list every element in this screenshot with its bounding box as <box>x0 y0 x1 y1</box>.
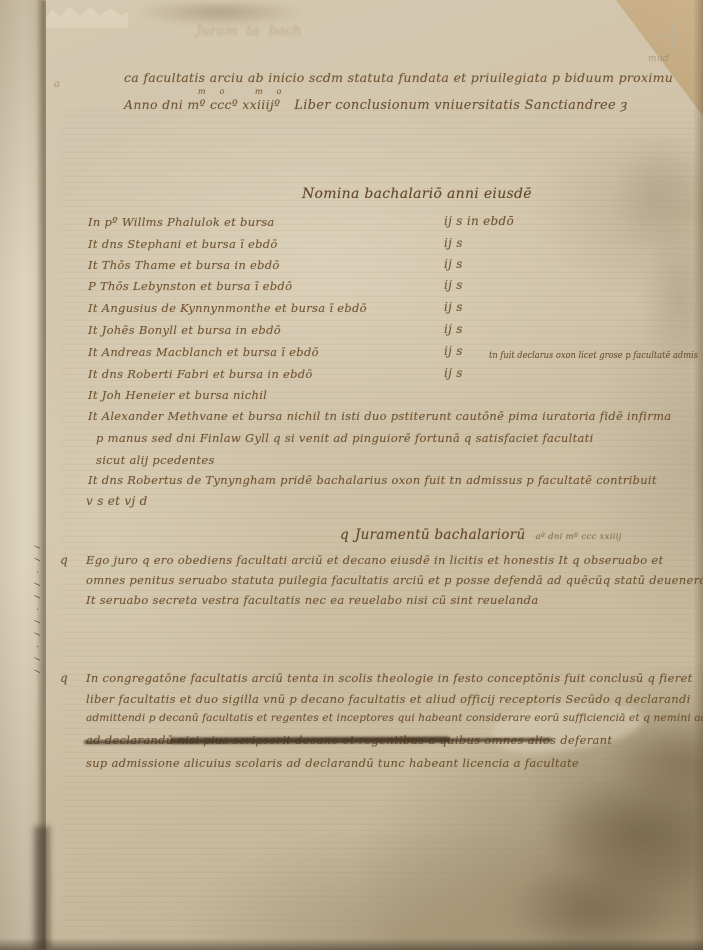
gutter-shadow <box>34 826 50 950</box>
roster-fee: ij s <box>444 278 463 292</box>
roster-name: It Joh Heneier et bursa nichil <box>88 388 267 402</box>
oath-line: It seruabo secreta vestra facultatis nec… <box>86 593 539 607</box>
roster-note: tn fuit declarus oxon licet grose p facu… <box>489 347 703 361</box>
quire-letter: a <box>54 79 60 90</box>
strike-mark <box>170 737 450 744</box>
congregation-line: admittendi p decanū facultatis et regent… <box>86 712 703 724</box>
roster-fee: ij s <box>444 257 463 271</box>
oath-line: Ego juro q ero obediens facultati arciū … <box>86 553 663 567</box>
ghost-title: Juram ta bach <box>196 24 302 39</box>
right-page-edge <box>693 0 703 950</box>
congregation-line: In congregatōne facultatis arciū tenta i… <box>86 671 693 685</box>
roster-name: P Thōs Lebynston et bursa ī ebdō <box>88 279 292 293</box>
roster-fee: ij s <box>444 344 463 358</box>
top-right-note: mud <box>648 54 669 64</box>
congregation-last-line: sup admissione alicuius scolaris ad decl… <box>86 756 579 770</box>
manuscript-photo: Juram ta bach a ca facultatis arciu ab i… <box>0 0 703 950</box>
annal-date: Anno dni mº cccº xxiiijº <box>124 97 280 112</box>
spine-marks: / / · / / · / / · / / <box>33 545 41 715</box>
roster-name: It Johēs Bonyll et bursa in ebdō <box>88 323 281 337</box>
roster-name: It dns Roberti Fabri et bursa in ebdō <box>88 367 313 381</box>
margin-pilcrow: q <box>60 671 68 685</box>
bottom-right-stain <box>423 690 703 950</box>
margin-pilcrow: q <box>60 553 68 567</box>
roster-name: It Angusius de Kynnynmonthe et bursa ī e… <box>88 301 367 315</box>
oath-heading: Juramentū bachalariorū <box>355 527 526 543</box>
oath-date-note: aº dni mº ccc xxiiij <box>535 532 621 542</box>
congregation-line: liber facultatis et duo sigilla vnū p de… <box>86 692 691 706</box>
right-margin-stain <box>553 120 703 420</box>
roster-name: It Thōs Thame et bursa in ebdō <box>88 258 280 272</box>
roster-fee: ij s <box>444 366 463 380</box>
section-pilcrow: q <box>340 527 349 543</box>
roster-note-line: sicut alij pcedentes <box>96 453 215 467</box>
roster-note-line: It Alexander Methvane et bursa nichil tn… <box>88 409 671 423</box>
bottom-page-edge <box>0 938 703 950</box>
oath-line: omnes penitus seruabo statuta puilegia f… <box>86 573 703 587</box>
roster-note-line: p manus sed dni Finlaw Gyll q si venit a… <box>96 431 594 445</box>
roster-title: Nomina bachalariō anni eiusdē <box>302 186 532 202</box>
roster-name: In pº Willms Phalulok et bursa <box>88 215 275 229</box>
roster-note-line: It dns Robertus de Tynyngham pridē bacha… <box>88 473 657 487</box>
header-line-2: Anno dni mº cccº xxiiijºLiber conclusion… <box>124 97 627 113</box>
roster-note-line: v s et vj d <box>86 494 148 508</box>
oath-heading-row: qJuramentū bachalariorūaº dni mº ccc x… <box>340 527 622 543</box>
roster-name: It dns Stephani et bursa ī ebdō <box>88 237 278 251</box>
roster-fee: ij s <box>444 236 463 250</box>
roster-fee: ij s in ebdō <box>444 214 514 228</box>
roster-name: It Andreas Macblanch et bursa ī ebdō <box>88 345 319 359</box>
header-line-1: ca facultatis arciu ab inicio scdm statu… <box>124 70 673 85</box>
volume-title: Liber conclusionum vniuersitatis Sanctia… <box>294 98 627 113</box>
roster-fee: ij s <box>444 300 463 314</box>
header-superscripts: mo mo <box>198 87 295 96</box>
roster-fee: ij s <box>444 322 463 336</box>
